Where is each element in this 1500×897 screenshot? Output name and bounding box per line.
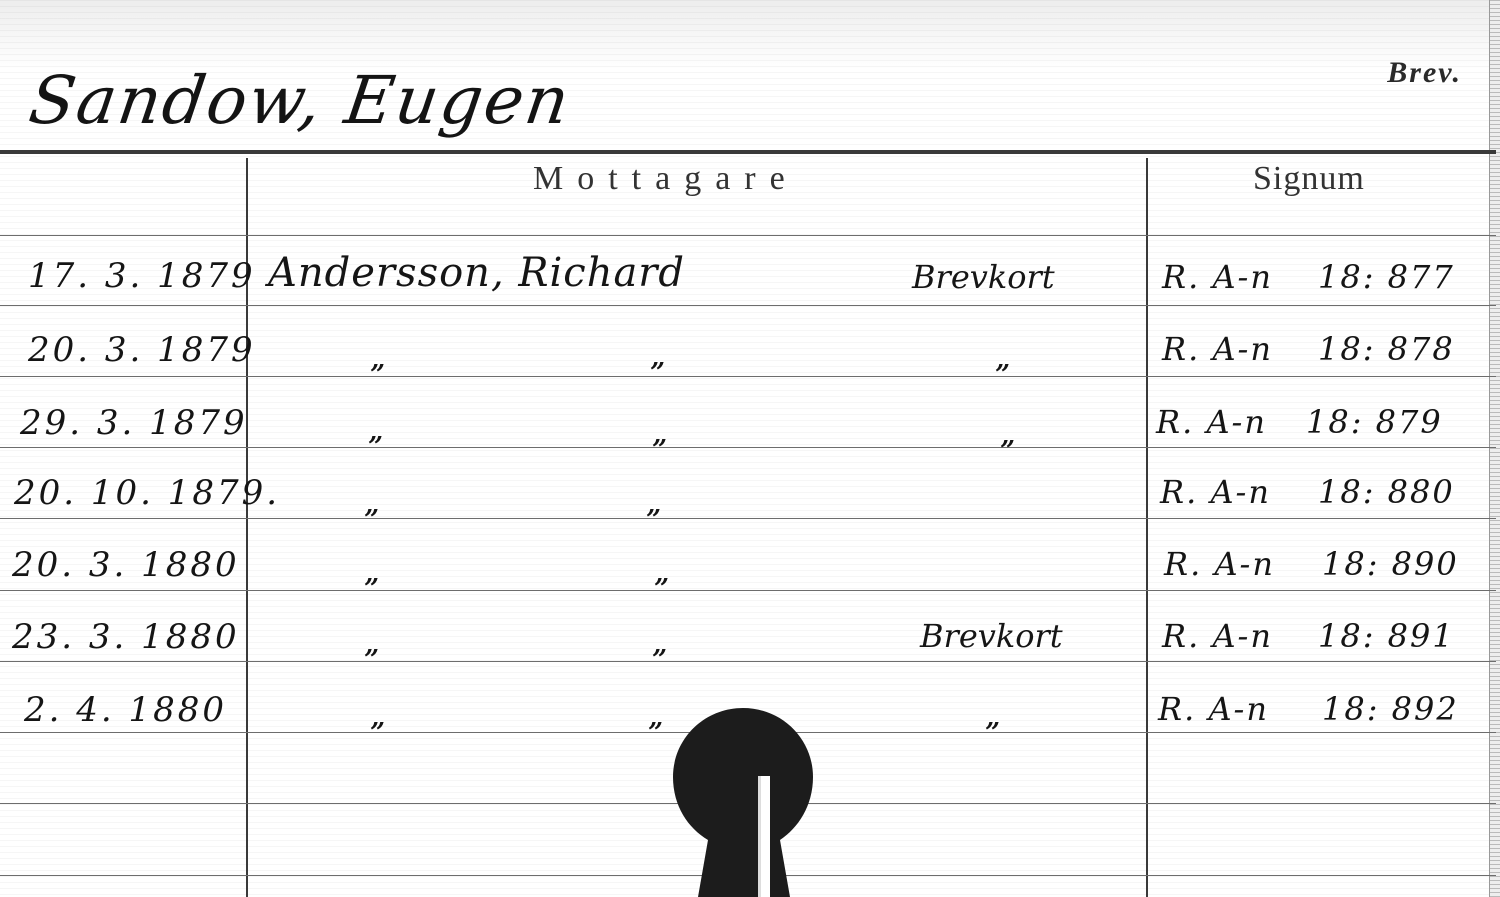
filing-hole-icon [672, 706, 814, 897]
heading-rule [0, 150, 1496, 154]
record-type-label: Brev. [1387, 56, 1462, 90]
ditto-mark: ” [370, 718, 385, 748]
row-signum-number: 18: 880 [1318, 473, 1455, 511]
row-signum-prefix: R. A-n [1162, 617, 1273, 655]
row-date: 20. 3. 1880 [12, 545, 240, 585]
ditto-mark: ” [364, 645, 379, 675]
row-date: 23. 3. 1880 [12, 617, 240, 657]
row-signum-prefix: R. A-n [1164, 545, 1275, 583]
row-signum-number: 18: 877 [1318, 258, 1455, 296]
row-date: 20. 10. 1879. [14, 473, 280, 513]
row-recipient: Andersson, Richard [268, 250, 685, 296]
row-signum-prefix: R. A-n [1162, 330, 1273, 368]
row-rule [0, 661, 1496, 662]
column-header-recipient: Mottagare [533, 160, 799, 198]
ditto-mark: ” [364, 574, 379, 604]
row-kind: Brevkort [912, 258, 1055, 296]
row-signum-prefix: R. A-n [1158, 690, 1269, 728]
row-signum-number: 18: 879 [1306, 403, 1443, 441]
row-signum-number: 18: 890 [1322, 545, 1459, 583]
ditto-mark: ” [370, 360, 385, 390]
ditto-mark: ” [654, 574, 669, 604]
row-signum-number: 18: 891 [1318, 617, 1455, 655]
row-signum-number: 18: 892 [1322, 690, 1459, 728]
card-edge [1489, 0, 1500, 897]
column-divider-signum [1146, 158, 1148, 897]
row-rule [0, 590, 1496, 591]
ditto-mark: ” [1000, 436, 1015, 466]
index-card: Sandow, Eugen Brev. Mottagare Signum 17.… [0, 0, 1500, 897]
ditto-mark: ” [652, 645, 667, 675]
row-signum-prefix: R. A-n [1160, 473, 1271, 511]
row-date: 17. 3. 1879 [28, 256, 256, 296]
row-date: 2. 4. 1880 [24, 690, 227, 730]
row-rule [0, 305, 1496, 306]
ditto-mark: ” [650, 358, 665, 388]
correspondent-name: Sandow, Eugen [25, 62, 576, 139]
ditto-mark: ” [646, 505, 661, 535]
row-rule [0, 447, 1496, 448]
row-signum-prefix: R. A-n [1156, 403, 1267, 441]
row-signum-number: 18: 878 [1318, 330, 1455, 368]
column-header-signum: Signum [1253, 160, 1365, 198]
row-rule [0, 518, 1496, 519]
ditto-mark: ” [648, 718, 663, 748]
ditto-mark: ” [652, 435, 667, 465]
row-signum-prefix: R. A-n [1162, 258, 1273, 296]
ditto-mark: ” [364, 505, 379, 535]
ditto-mark: ” [368, 432, 383, 462]
row-rule [0, 235, 1496, 236]
row-date: 20. 3. 1879 [28, 330, 256, 370]
row-date: 29. 3. 1879 [20, 403, 248, 443]
ditto-mark: ” [985, 718, 1000, 748]
ditto-mark: ” [995, 360, 1010, 390]
row-rule [0, 376, 1496, 377]
row-kind: Brevkort [920, 617, 1063, 655]
